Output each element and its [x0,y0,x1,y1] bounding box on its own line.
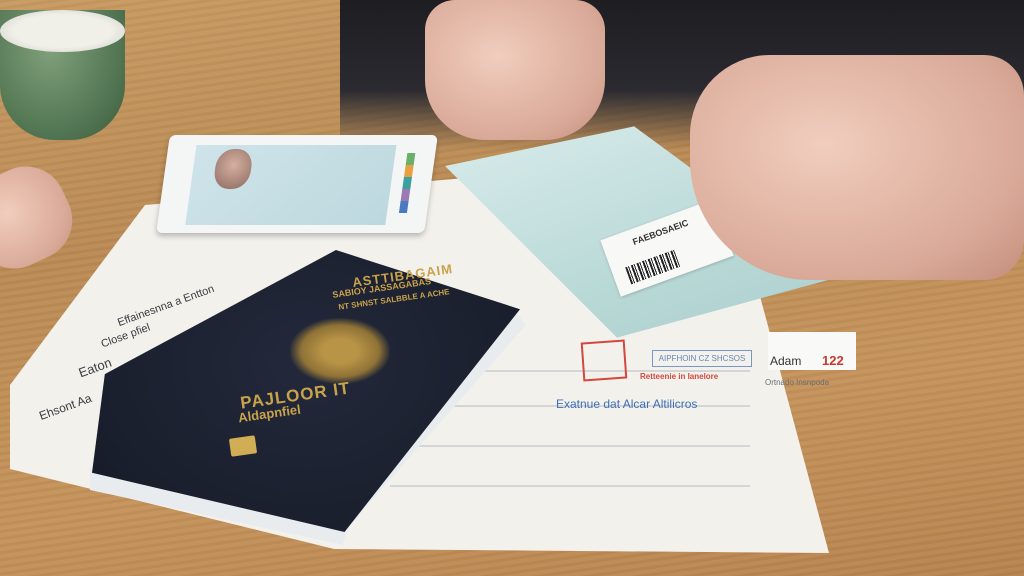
id-color-marks [399,153,415,213]
id-card [156,135,438,233]
cup-top [0,10,125,52]
right-hand [690,55,1024,280]
red-stamp [581,340,628,382]
top-hand [425,0,605,140]
stamp-box: AIPFHOIN CZ SHCSOS [652,350,752,367]
biometric-chip-icon [229,435,257,456]
eagle-emblem-icon [290,318,390,384]
id-card-face [185,145,396,225]
form-line [390,485,750,487]
label-prefix: Adam [770,354,801,368]
form-line [390,445,750,447]
handwritten-name: Exatnue dat Alcar Altilicros [556,397,697,411]
label-caption: Ortnado Insnpoda [765,378,829,387]
label-number: 122 [822,353,844,368]
stamp-caption: Retteenie in Ianelore [640,372,718,381]
